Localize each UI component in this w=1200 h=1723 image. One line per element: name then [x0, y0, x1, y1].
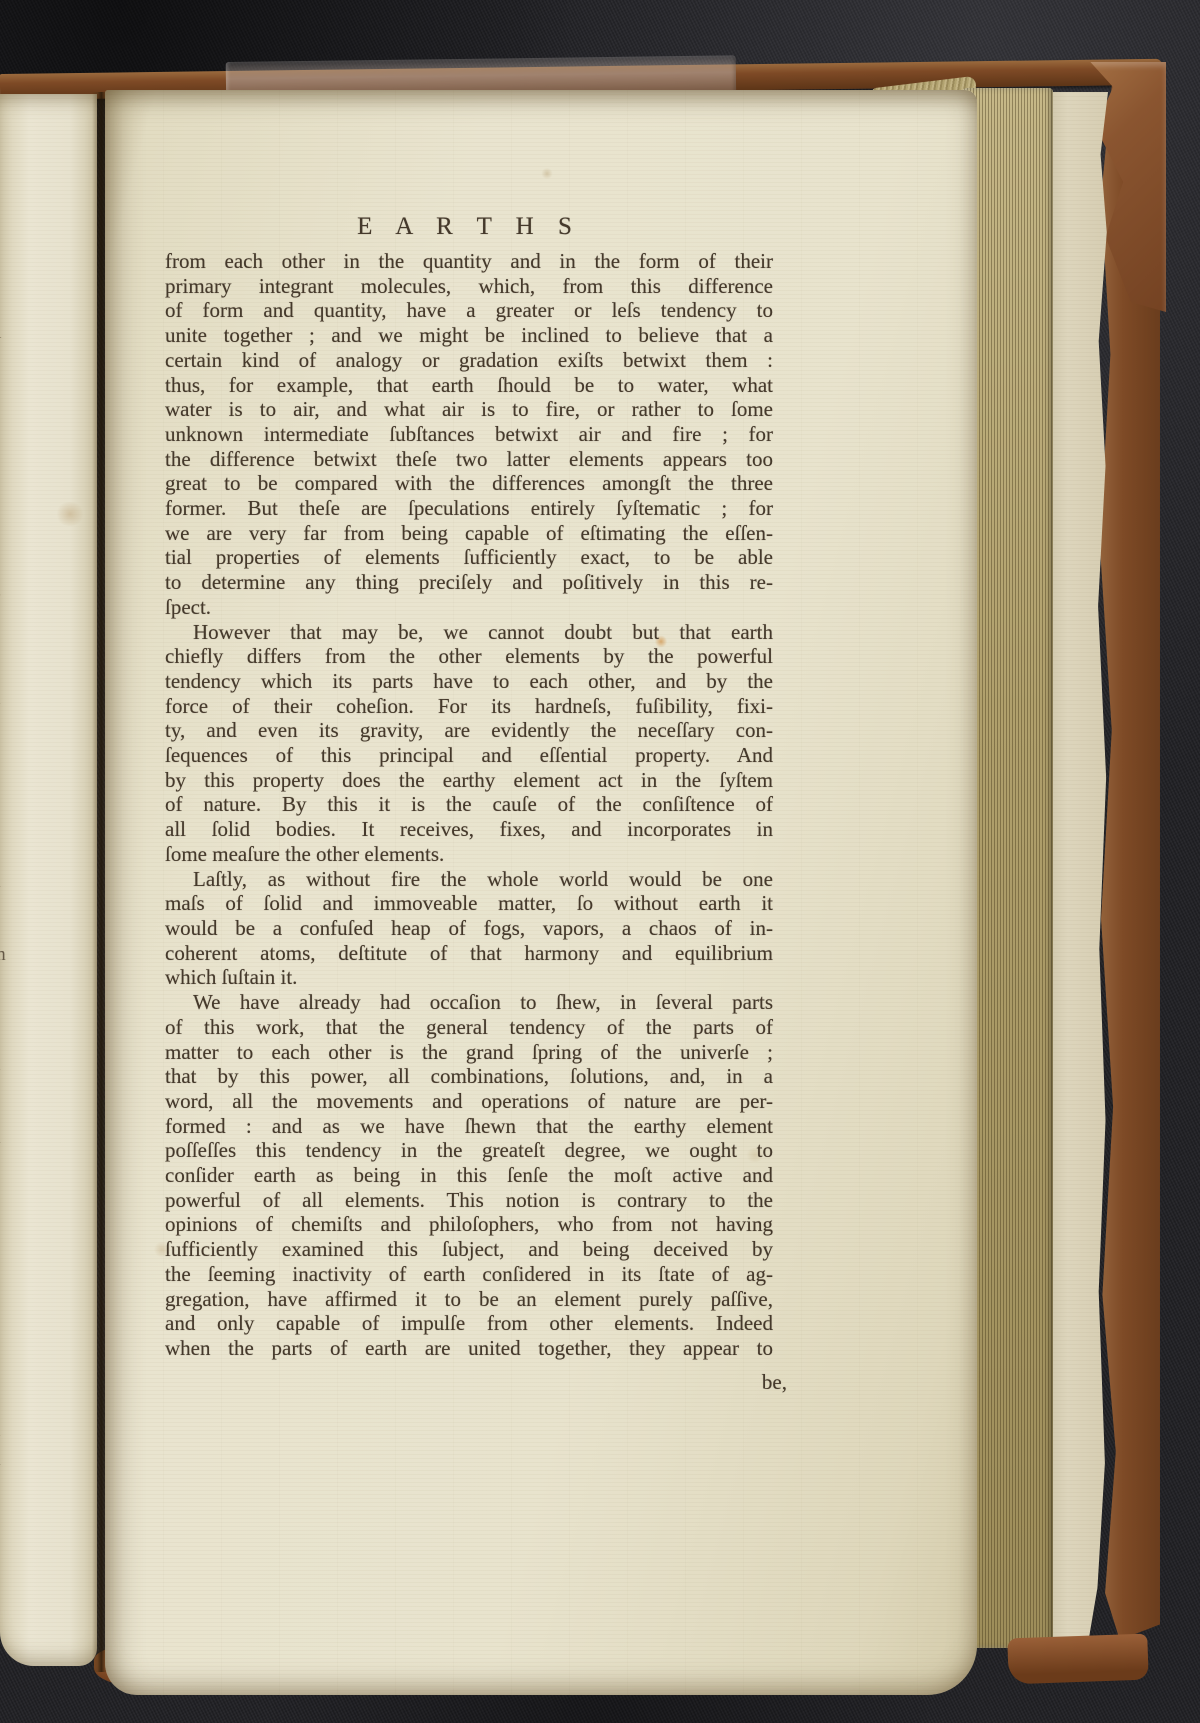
- text-line: and only capable of impulſe from other e…: [165, 1311, 773, 1336]
- text-line: unknown intermediate ſubſtances betwixt …: [165, 422, 773, 447]
- text-line: the difference betwixt theſe two latter …: [165, 447, 773, 472]
- text-line: would be a confuſed heap of fogs, vapors…: [165, 916, 773, 941]
- text-line: certain kind of analogy or gradation exi…: [165, 348, 773, 373]
- text-line: the ſeeming inactivity of earth conſider…: [165, 1262, 773, 1287]
- text-line: formed : and as we have ſhewn that the e…: [165, 1114, 773, 1139]
- foxing-spot: [541, 168, 553, 179]
- facing-page-edge: astieososrgftnesledtmesnadseotersny: [0, 94, 97, 1666]
- text-line: powerful of all elements. This notion is…: [165, 1188, 773, 1213]
- text-line: to determine any thing preciſely and poſ…: [165, 570, 773, 595]
- text-fragment: a: [0, 1084, 8, 1121]
- text-line: unite together ; and we might be incline…: [165, 323, 773, 348]
- text-line: which ſuſtain it.: [165, 965, 773, 990]
- text-line: word, all the movements and operations o…: [165, 1089, 773, 1114]
- text-line: coherent atoms, deſtitute of that harmon…: [165, 941, 773, 966]
- text-fragment: g: [0, 571, 8, 608]
- text-fragment: l: [0, 791, 8, 828]
- text-line: We have already had occaſion to ſhew, in…: [165, 990, 773, 1015]
- text-fragment: e: [0, 1303, 8, 1340]
- text-fragment: s: [0, 1010, 8, 1047]
- text-fragment: s: [0, 279, 8, 316]
- text-line: Laſtly, as without fire the whole world …: [165, 867, 773, 892]
- catchword: be,: [165, 1370, 787, 1395]
- text-fragment: o: [0, 462, 8, 499]
- text-line: conſider earth as being in this ſenſe th…: [165, 1163, 773, 1188]
- text-line: ſufficiently examined this ſubject, and …: [165, 1237, 773, 1262]
- text-line: However that may be, we cannot doubt but…: [165, 620, 773, 645]
- text-fragment: ti: [0, 315, 8, 352]
- text-fragment: d: [0, 864, 8, 901]
- text-line: water is to air, and what air is to fire…: [165, 397, 773, 422]
- text-fragment: r: [0, 1340, 8, 1377]
- text-line: primary integrant molecules, which, from…: [165, 274, 773, 299]
- text-line: of nature. By this it is the cauſe of th…: [165, 792, 773, 817]
- text-fragment: o: [0, 1230, 8, 1267]
- text-fragment: n: [0, 681, 8, 718]
- text-fragment: o: [0, 388, 8, 425]
- page-body: from each other in the quantity and in t…: [165, 249, 773, 1361]
- text-fragment: n: [0, 1413, 8, 1450]
- text-line: poſſeſſes this tendency in the greateſt …: [165, 1138, 773, 1163]
- text-line: by this property does the earthy element…: [165, 768, 773, 793]
- text-line: when the parts of earth are united toget…: [165, 1336, 773, 1361]
- text-fragment: n: [0, 1047, 8, 1084]
- text-fragment: t: [0, 901, 8, 938]
- text-fragment: e: [0, 352, 8, 389]
- text-line: from each other in the quantity and in t…: [165, 249, 773, 274]
- text-line: great to be compared with the difference…: [165, 471, 773, 496]
- text-fragment: a: [0, 242, 8, 279]
- text-line: force of their coheſion. For its hardneſ…: [165, 694, 773, 719]
- text-fragment: e: [0, 974, 8, 1011]
- text-fragment: f: [0, 608, 8, 645]
- text-fragment: s: [0, 1157, 8, 1194]
- text-fragment: s: [0, 425, 8, 462]
- text-line: of form and quantity, have a greater or …: [165, 298, 773, 323]
- text-fragment: e: [0, 718, 8, 755]
- text-line: ſequences of this principal and eſſentia…: [165, 743, 773, 768]
- text-line: opinions of chemiſts and philoſophers, w…: [165, 1212, 773, 1237]
- text-fragment: e: [0, 828, 8, 865]
- text-fragment: s: [0, 498, 8, 535]
- text-line: ſpect.: [165, 595, 773, 620]
- text-line: maſs of ſolid and immoveable matter, ſo …: [165, 891, 773, 916]
- text-fragment: e: [0, 1193, 8, 1230]
- facing-page-text-fragments: astieososrgftnesledtmesnadseotersny: [0, 242, 17, 1502]
- text-fragment: y: [0, 1450, 8, 1487]
- text-line: tial properties of elements ſufficiently…: [165, 545, 773, 570]
- text-line: ſome meaſure the other elements.: [165, 842, 773, 867]
- text-line: thus, for example, that earth ſhould be …: [165, 373, 773, 398]
- text-fragment: d: [0, 1120, 8, 1157]
- page-header: E A R T H S: [165, 213, 773, 241]
- foxing-spot: [55, 502, 85, 526]
- text-fragment: t: [0, 645, 8, 682]
- text-line: we are very far from being capable of eſ…: [165, 521, 773, 546]
- text-line: gregation, have affirmed it to be an ele…: [165, 1287, 773, 1312]
- text-fragment: s: [0, 754, 8, 791]
- text-line: of this work, that the general tendency …: [165, 1015, 773, 1040]
- photo-background: astieososrgftnesledtmesnadseotersny E A …: [0, 0, 1200, 1723]
- text-line: that by this power, all combinations, ſo…: [165, 1064, 773, 1089]
- text-line: all ſolid bodies. It receives, fixes, an…: [165, 817, 773, 842]
- text-fragment: s: [0, 1376, 8, 1413]
- endpaper-edge: [1046, 92, 1108, 1650]
- text-fragment: r: [0, 535, 8, 572]
- text-line: former. But theſe are ſpeculations entir…: [165, 496, 773, 521]
- book-cover-bottom-right-edge: [1007, 1634, 1149, 1685]
- text-line: chiefly differs from the other elements …: [165, 644, 773, 669]
- text-fragment: m: [0, 937, 8, 974]
- text-line: matter to each other is the grand ſpring…: [165, 1040, 773, 1065]
- text-line: ty, and even its gravity, are evidently …: [165, 718, 773, 743]
- text-line: tendency which its parts have to each ot…: [165, 669, 773, 694]
- text-fragment: t: [0, 1267, 8, 1304]
